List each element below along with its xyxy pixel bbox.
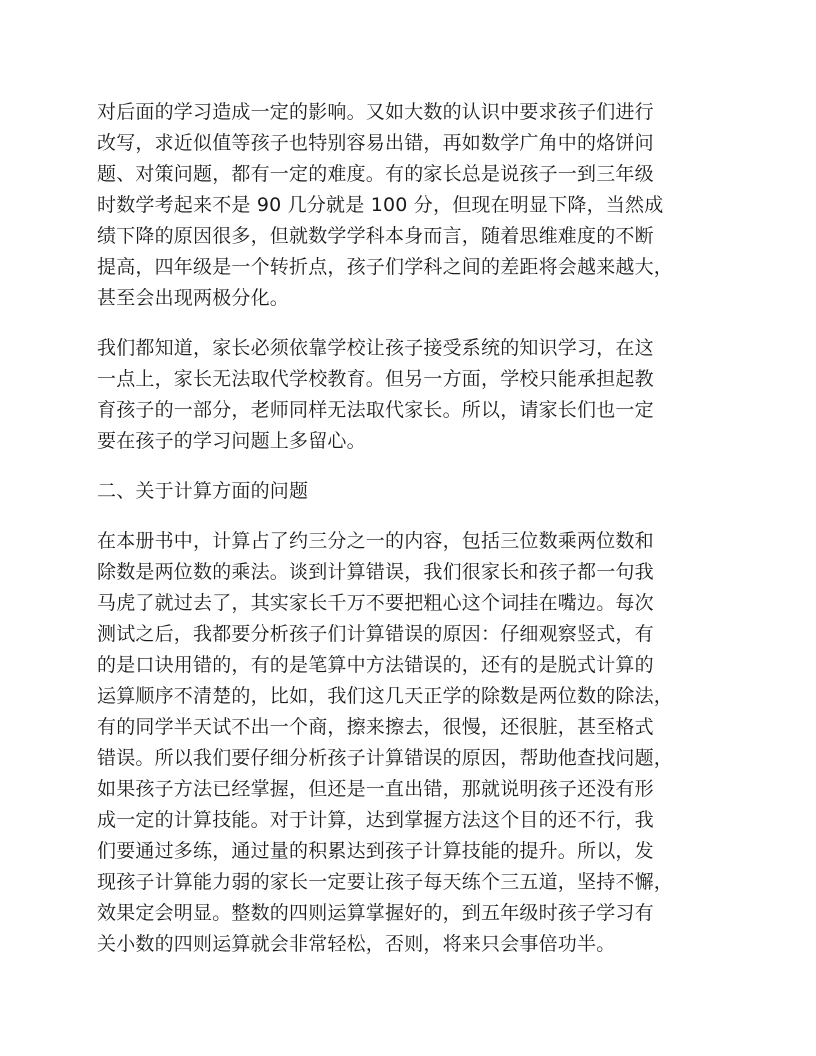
text-line: 有的同学半天试不出一个商，擦来擦去，很慢，还很脏，甚至格式: [97, 712, 722, 743]
paragraph-parents-role: 我们都知道，家长必须依靠学校让孩子接受系统的知识学习，在这 一点上，家长无法取代…: [97, 333, 722, 457]
text-line: 马虎了就过去了，其实家长千万不要把粗心这个词挂在嘴边。每次: [97, 588, 722, 619]
paragraph-grade-difficulty: 对后面的学习造成一定的影响。又如大数的认识中要求孩子们进行 改写，求近似值等孩子…: [97, 97, 722, 314]
section-heading-text: 二、关于计算方面的问题: [97, 476, 722, 507]
text-line: 提高，四年级是一个转折点，孩子们学科之间的差距将会越来越大，: [97, 252, 722, 283]
text-line: 要在孩子的学习问题上多留心。: [97, 426, 722, 457]
text-line: 成一定的计算技能。对于计算，达到掌握方法这个目的还不行，我: [97, 805, 722, 836]
text-line: 关小数的四则运算就会非常轻松，否则，将来只会事倍功半。: [97, 929, 722, 960]
text-line: 一点上，家长无法取代学校教育。但另一方面，学校只能承担起教: [97, 364, 722, 395]
text-line: 们要通过多练，通过量的积累达到孩子计算技能的提升。所以，发: [97, 836, 722, 867]
text-line: 绩下降的原因很多，但就数学学科本身而言，随着思维难度的不断: [97, 221, 722, 252]
text-line: 改写，求近似值等孩子也特别容易出错，再如数学广角中的烙饼问: [97, 128, 722, 159]
text-line: 育孩子的一部分，老师同样无法取代家长。所以，请家长们也一定: [97, 395, 722, 426]
text-line: 题、对策问题，都有一定的难度。有的家长总是说孩子一到三年级: [97, 159, 722, 190]
text-line: 除数是两位数的乘法。谈到计算错误，我们很家长和孩子都一句我: [97, 557, 722, 588]
text-line: 的是口诀用错的，有的是笔算中方法错误的，还有的是脱式计算的: [97, 650, 722, 681]
text-line: 我们都知道，家长必须依靠学校让孩子接受系统的知识学习，在这: [97, 333, 722, 364]
text-line: 如果孩子方法已经掌握，但还是一直出错，那就说明孩子还没有形: [97, 774, 722, 805]
text-line: 时数学考起来不是 90 几分就是 100 分，但现在明显下降，当然成: [97, 190, 722, 221]
text-line: 对后面的学习造成一定的影响。又如大数的认识中要求孩子们进行: [97, 97, 722, 128]
document-page: 对后面的学习造成一定的影响。又如大数的认识中要求孩子们进行 改写，求近似值等孩子…: [97, 97, 722, 979]
text-line: 错误。所以我们要仔细分析孩子计算错误的原因，帮助他查找问题，: [97, 743, 722, 774]
text-line: 现孩子计算能力弱的家长一定要让孩子每天练个三五道，坚持不懈，: [97, 867, 722, 898]
section-heading: 二、关于计算方面的问题: [97, 476, 722, 507]
text-line: 运算顺序不清楚的，比如，我们这几天正学的除数是两位数的除法，: [97, 681, 722, 712]
text-line: 效果定会明显。整数的四则运算掌握好的，到五年级时孩子学习有: [97, 898, 722, 929]
text-line: 甚至会出现两极分化。: [97, 283, 722, 314]
text-line: 在本册书中，计算占了约三分之一的内容，包括三位数乘两位数和: [97, 526, 722, 557]
paragraph-calculation-errors: 在本册书中，计算占了约三分之一的内容，包括三位数乘两位数和 除数是两位数的乘法。…: [97, 526, 722, 960]
text-line: 测试之后，我都要分析孩子们计算错误的原因：仔细观察竖式，有: [97, 619, 722, 650]
